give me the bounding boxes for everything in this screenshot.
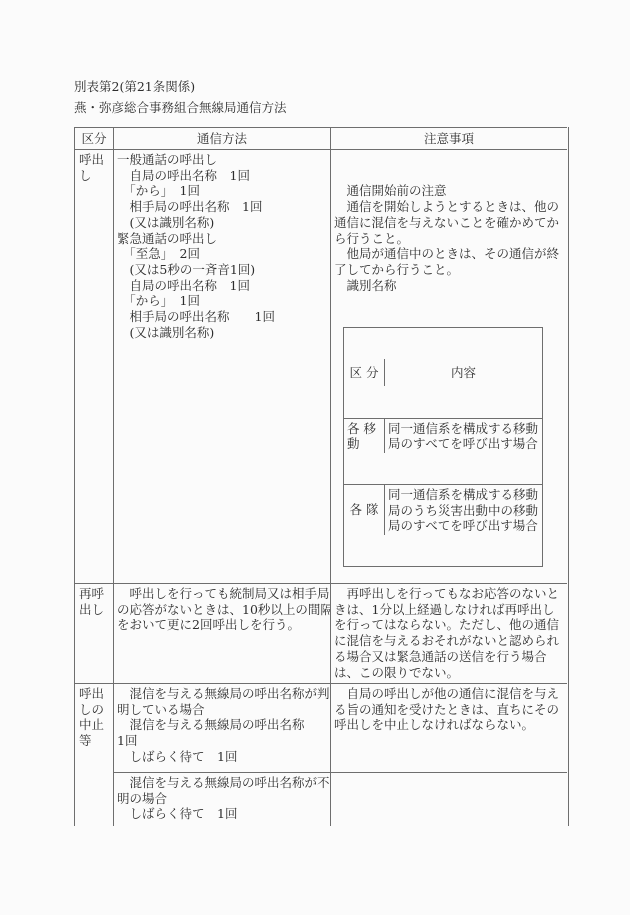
- subrow-unknown-station: 混信を与える無線局の呼出名称が不 明の場合 しばらく待て 1回: [113, 772, 567, 826]
- category-cell-recall: 再呼 出し: [74, 583, 113, 683]
- method-cell-call: 一般通話の呼出し 自局の呼出名称 1回 「から」 1回 相手局の呼出名称 1回 …: [113, 149, 330, 583]
- category-cell-call: 呼出 し: [74, 149, 113, 583]
- inner-row-all-units: 各 隊 同一通信系を構成する移動 局のうち災害出動中の移動 局のすべてを呼び出す…: [344, 484, 542, 535]
- notes-cell-unknown-station: [330, 772, 567, 826]
- inner-content-all-mobile: 同一通信系を構成する移動 局のすべてを呼び出す場合: [384, 418, 542, 453]
- identification-name-table: 区 分 内容 各 移 動 同一通信系を構成する移動 局のすべてを呼び出す場合 各…: [343, 327, 543, 568]
- document-title: 燕・弥彦総合事務組合無線局通信方法: [74, 100, 287, 115]
- method-cell-recall: 呼出しを行っても統制局又は相手局 の応答がないときは、10秒以上の間隔 をおいて…: [113, 583, 330, 683]
- table-header-row: 区分 通信方法 注意事項: [74, 127, 568, 149]
- appendix-caption: 別表第2(第21条関係): [74, 79, 195, 94]
- table-row-call-suspension: 呼出 しの 中止 等 混信を与える無線局の呼出名称が判 明している場合 混信を与…: [74, 683, 568, 826]
- table-row-recall: 再呼 出し 呼出しを行っても統制局又は相手局 の応答がないときは、10秒以上の間…: [74, 583, 568, 683]
- notes-text-before-table: 通信開始前の注意 通信を開始しようとするときは、他の 通信に混信を与えないことを…: [334, 183, 565, 293]
- inner-header-category: 区 分: [344, 359, 384, 386]
- inner-row-all-mobile: 各 移 動 同一通信系を構成する移動 局のすべてを呼び出す場合: [344, 418, 542, 453]
- header-cell-method: 通信方法: [113, 127, 330, 149]
- notes-cell-call: 通信開始前の注意 通信を開始しようとするときは、他の 通信に混信を与えないことを…: [330, 149, 567, 583]
- inner-header-content: 内容: [384, 359, 542, 386]
- notes-cell-known-station: 自局の呼出しが他の通信に混信を与え る旨の通知を受けたときは、直ちにその 呼出し…: [330, 683, 567, 772]
- table-row-call: 呼出 し 一般通話の呼出し 自局の呼出名称 1回 「から」 1回 相手局の呼出名…: [74, 149, 568, 583]
- method-cell-known-station: 混信を与える無線局の呼出名称が判 明している場合 混信を与える無線局の呼出名称 …: [113, 683, 330, 772]
- header-cell-category: 区分: [74, 127, 113, 149]
- inner-header-row: 区 分 内容: [344, 359, 542, 386]
- notes-cell-recall: 再呼出しを行ってもなお応答のないと きは、1分以上経過しなければ再呼出し を行っ…: [330, 583, 567, 683]
- document-page: 別表第2(第21条関係) 燕・弥彦総合事務組合無線局通信方法 区分 通信方法 注…: [0, 0, 630, 915]
- inner-category-all-mobile: 各 移 動: [344, 418, 384, 453]
- inner-content-all-units: 同一通信系を構成する移動 局のうち災害出動中の移動 局のすべてを呼び出す場合: [384, 484, 542, 535]
- inner-category-all-units: 各 隊: [344, 484, 384, 535]
- category-cell-call-suspension: 呼出 しの 中止 等: [74, 683, 113, 826]
- call-suspension-subrows: 混信を与える無線局の呼出名称が判 明している場合 混信を与える無線局の呼出名称 …: [113, 683, 567, 826]
- header-cell-notes: 注意事項: [330, 127, 567, 149]
- method-cell-unknown-station: 混信を与える無線局の呼出名称が不 明の場合 しばらく待て 1回: [113, 772, 330, 826]
- subrow-known-station: 混信を与える無線局の呼出名称が判 明している場合 混信を与える無線局の呼出名称 …: [113, 683, 567, 772]
- communication-method-table: 区分 通信方法 注意事項 呼出 し 一般通話の呼出し 自局の呼出名称 1回 「か…: [74, 127, 569, 826]
